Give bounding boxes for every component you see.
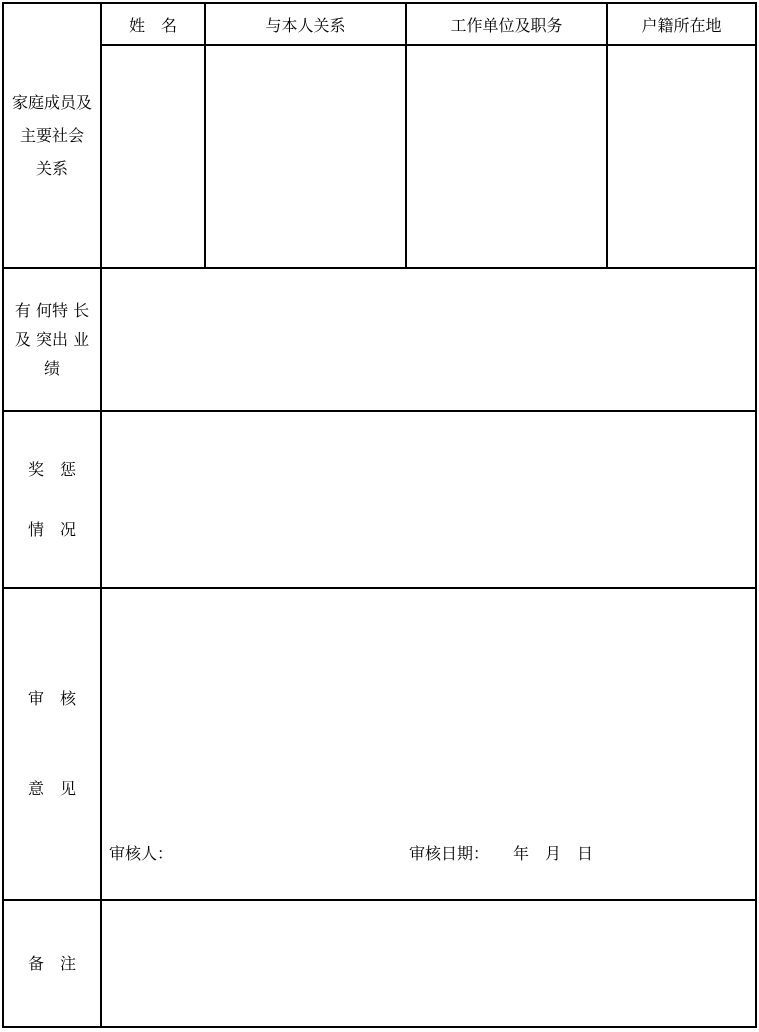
rewards-label-line: 奖 惩 — [28, 459, 76, 481]
reviewer-label[interactable]: 审核人： — [109, 841, 173, 864]
review-field[interactable]: 审核人： 审核日期： 年 月 日 — [102, 589, 755, 899]
rewards-label-line: 情 况 — [28, 519, 76, 541]
special-skills-label-line: 及 突出 业 — [15, 329, 89, 351]
special-skills-label-line: 绩 — [44, 358, 60, 380]
family-cell-workplace[interactable] — [405, 46, 606, 267]
family-subtable: 姓 名 与本人关系 工作单位及职务 户籍所在地 — [102, 4, 755, 267]
rewards-section: 奖 惩 情 况 — [4, 410, 755, 587]
personnel-form-page: { "form": { "family_section": { "label_l… — [0, 0, 759, 1032]
family-section: 家庭成员及 主要社会 关系 姓 名 与本人关系 工作单位及职务 户籍所在地 — [4, 4, 755, 267]
family-cell-relationship[interactable] — [204, 46, 405, 267]
rewards-label: 奖 惩 情 况 — [4, 412, 102, 587]
family-cell-residence[interactable] — [606, 46, 755, 267]
special-skills-label-line: 有 何特 长 — [15, 300, 89, 322]
family-label-line: 主要社会 — [20, 125, 84, 147]
family-cell-name[interactable] — [102, 46, 204, 267]
column-header-workplace: 工作单位及职务 — [405, 4, 606, 46]
special-skills-section: 有 何特 长 及 突出 业 绩 — [4, 267, 755, 410]
remark-label: 备 注 — [4, 901, 102, 1026]
review-label-line: 意 见 — [28, 778, 76, 800]
column-header-name: 姓 名 — [102, 4, 204, 46]
remark-label-line: 备 注 — [28, 953, 76, 975]
column-header-residence: 户籍所在地 — [606, 4, 755, 46]
review-label-line: 审 核 — [28, 688, 76, 710]
review-label: 审 核 意 见 — [4, 589, 102, 899]
review-section: 审 核 意 见 审核人： 审核日期： 年 月 日 — [4, 587, 755, 899]
family-label-line: 关系 — [36, 158, 68, 180]
column-header-relationship: 与本人关系 — [204, 4, 405, 46]
review-signature-row: 审核人： 审核日期： 年 月 日 — [102, 841, 755, 861]
special-skills-field[interactable] — [102, 269, 755, 410]
remark-field[interactable] — [102, 901, 755, 1026]
family-section-label: 家庭成员及 主要社会 关系 — [4, 4, 102, 267]
review-date-label[interactable]: 审核日期： 年 月 日 — [409, 841, 593, 864]
remark-section: 备 注 — [4, 899, 755, 1026]
form-table: 家庭成员及 主要社会 关系 姓 名 与本人关系 工作单位及职务 户籍所在地 有 … — [2, 2, 757, 1028]
family-label-line: 家庭成员及 — [12, 92, 92, 114]
rewards-field[interactable] — [102, 412, 755, 587]
special-skills-label: 有 何特 长 及 突出 业 绩 — [4, 269, 102, 410]
